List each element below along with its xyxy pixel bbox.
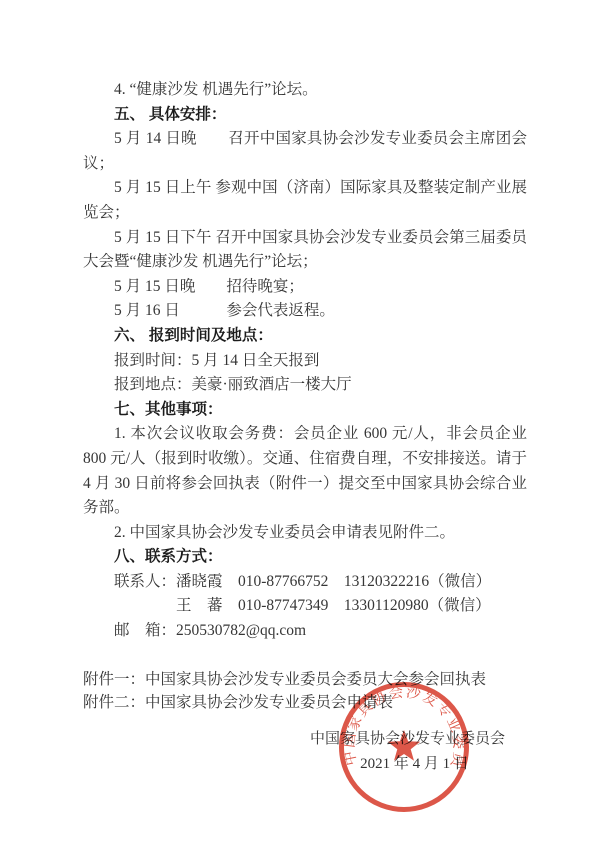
schedule-may16: 5 月 16 日 参会代表返程。 xyxy=(83,299,527,324)
contact-line-wang: 王 蕃 010-87747349 13301120980（微信） xyxy=(83,594,527,619)
seal-ring-text: 中国家具协会沙发专业委员会 xyxy=(336,679,467,770)
section-6-heading: 六、 报到时间及地点： xyxy=(83,324,527,349)
email-line: 邮 箱：250530782@qq.com xyxy=(83,619,527,644)
section-8-heading: 八、联系方式： xyxy=(83,545,527,570)
document-page: 4. “健康沙发 机遇先行”论坛。 五、 具体安排： 5 月 14 日晚 召开中… xyxy=(0,0,609,862)
schedule-may15-morning: 5 月 15 日上午 参观中国（济南）国际家具及整装定制产业展览会； xyxy=(83,176,527,225)
registration-time-line: 报到时间：5 月 14 日全天报到 xyxy=(83,349,527,374)
schedule-may15-afternoon: 5 月 15 日下午 召开中国家具协会沙发专业委员会第三届委员大会暨“健康沙发 … xyxy=(83,226,527,275)
svg-text:中国家具协会沙发专业委员会: 中国家具协会沙发专业委员会 xyxy=(336,679,467,770)
section-5-heading: 五、 具体安排： xyxy=(83,103,527,128)
schedule-may14-evening: 5 月 14 日晚 召开中国家具协会沙发专业委员会主席团会议； xyxy=(83,127,527,176)
official-seal: 中国家具协会沙发专业委员会 xyxy=(336,679,472,815)
contact-line-pan: 联系人：潘晓霞 010-87766752 13120322216（微信） xyxy=(83,570,527,595)
fee-notice-paragraph: 1. 本次会议收取会务费：会员企业 600 元/人，非会员企业 800 元/人（… xyxy=(83,422,527,520)
section-7-heading: 七、其他事项： xyxy=(83,398,527,423)
schedule-may15-evening: 5 月 15 日晚 招待晚宴； xyxy=(83,275,527,300)
forum-item-line: 4. “健康沙发 机遇先行”论坛。 xyxy=(83,78,527,103)
application-form-note: 2. 中国家具协会沙发专业委员会申请表见附件二。 xyxy=(83,521,527,546)
registration-place-line: 报到地点：美豪·丽致酒店一楼大厅 xyxy=(83,373,527,398)
document-body: 4. “健康沙发 机遇先行”论坛。 五、 具体安排： 5 月 14 日晚 召开中… xyxy=(83,78,527,715)
star-icon xyxy=(388,730,420,761)
